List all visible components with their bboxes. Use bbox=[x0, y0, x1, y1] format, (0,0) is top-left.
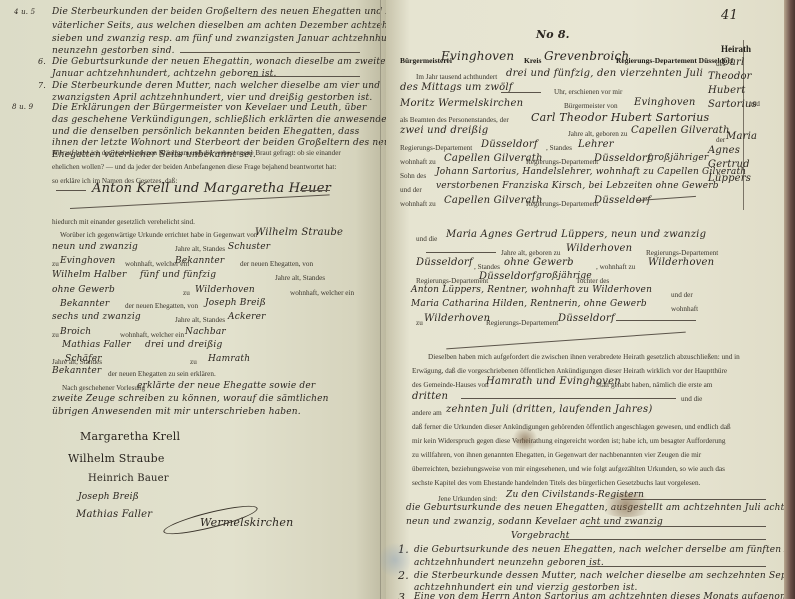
printed-wohnhaft: wohnhaft zu bbox=[400, 200, 436, 208]
entry-text: väterlicher Seits, aus welchen dieselben… bbox=[52, 21, 386, 31]
witness-4-name: Mathias Faller bbox=[62, 340, 131, 350]
printed-label: der neuen Ehegatten, von bbox=[125, 302, 198, 310]
witness-1-name: Wilhelm Straube bbox=[255, 227, 343, 238]
folio-number: 41 bbox=[721, 8, 738, 23]
printed-dept: Regierungs-Departement bbox=[646, 249, 718, 257]
printed-geboren: Jahre alt, geboren zu bbox=[501, 249, 560, 257]
printed-year: Im Jahr tausend achthundert bbox=[416, 73, 497, 81]
document-item-text: die Sterbeurkunde dessen Mutter, nach we… bbox=[414, 571, 784, 581]
kreis-label: Kreis bbox=[524, 56, 541, 65]
printed-zu: zu bbox=[52, 331, 59, 339]
witness-3-relation: Nachbar bbox=[185, 327, 226, 337]
margin-title: Heirath bbox=[721, 44, 751, 54]
binding-edge bbox=[784, 0, 795, 599]
document-item-text: die Geburtsurkunde des neuen Ehegatten, … bbox=[414, 545, 784, 555]
printed-label: Jahre alt, Standes bbox=[175, 245, 225, 253]
printed-label: der neuen Ehegatten zu sein erklären. bbox=[108, 370, 216, 378]
rule-line bbox=[501, 92, 541, 93]
year-words: drei und fünfzig, den vierzehnten Juli bbox=[506, 68, 703, 79]
printed-zu: zu bbox=[52, 260, 59, 268]
printed-dept: Regierungs-Departement bbox=[486, 319, 558, 327]
printed-standes: , Standes bbox=[474, 263, 500, 271]
printed-und-die: und die bbox=[416, 235, 437, 243]
signature: Wilhelm Straube bbox=[68, 452, 165, 465]
printed-zu: zu bbox=[416, 319, 423, 327]
documents-line: die Geburtsurkunde des neuen Ehegatten, … bbox=[406, 503, 784, 513]
proclamation-line: daß ferner die Urkunden dieser Ankündigu… bbox=[412, 423, 731, 431]
rule-line bbox=[561, 539, 766, 540]
entry-text: Die Geburtsurkunde der neuen Ehegattin, … bbox=[52, 57, 386, 67]
rule-line bbox=[461, 398, 676, 399]
strike-line bbox=[70, 194, 330, 209]
witness-2-age: fünf und fünfzig bbox=[140, 270, 216, 280]
place: Evinghoven bbox=[634, 97, 695, 108]
witness-2-relation: Bekannter bbox=[60, 299, 109, 309]
document-item-number: 3. bbox=[398, 591, 409, 599]
bride-dept: Düsseldorf bbox=[416, 257, 473, 268]
printed-uhr: Uhr, erschienen vor mir bbox=[554, 88, 622, 96]
witness-4-age: drei und dreißig bbox=[145, 340, 222, 350]
printed-dept: Regierungs-Departement bbox=[526, 200, 598, 208]
signature: Margaretha Krell bbox=[80, 430, 180, 443]
witness-3-residence: Broich bbox=[60, 327, 91, 337]
printed-dept: Regierungs-Departement bbox=[416, 277, 488, 285]
buergermeisterei-value: Evinghoven bbox=[441, 49, 514, 63]
witness-1-age: neun und zwanzig bbox=[52, 242, 138, 252]
signature: Mathias Faller bbox=[76, 509, 152, 520]
witness-1-residence: Evinghoven bbox=[60, 256, 116, 266]
groom-age: zwei und dreißig bbox=[400, 125, 488, 136]
bride-parents-dept: Düsseldorf bbox=[558, 313, 615, 324]
rule-line bbox=[250, 76, 360, 77]
printed-sohn: Sohn des bbox=[400, 172, 426, 180]
documents-label: Jene Urkunden sind: bbox=[438, 495, 497, 503]
ink-stain bbox=[511, 428, 539, 450]
entry-text: und die denselben persönlich bekannten b… bbox=[52, 127, 359, 137]
printed-und-der: und der bbox=[400, 186, 422, 194]
witness-4-residence: Hamrath bbox=[208, 354, 250, 364]
register-spread: 4 u. 5 Die Sterbeurkunden der beiden Gro… bbox=[0, 0, 795, 599]
bride-mother: Maria Catharina Hilden, Rentnerin, ohne … bbox=[411, 299, 647, 309]
first-proclamation-date: dritten bbox=[412, 391, 448, 402]
printed-wohnhaft: , wohnhaft zu bbox=[596, 263, 635, 271]
bride-residence-dept: Düsseldorf bbox=[479, 271, 536, 282]
printed-dept: Regierungs-Departement bbox=[526, 158, 598, 166]
proclamation-line: überreichten, beziehungsweise von mir ei… bbox=[412, 465, 725, 473]
rule-line bbox=[586, 566, 766, 567]
witness-4-relation: Bekannter bbox=[52, 366, 101, 376]
entry-text: Die Sterbeurkunden der beiden Großeltern… bbox=[52, 7, 386, 17]
printed-andere-am: andere am bbox=[412, 409, 442, 417]
printed-zu: zu bbox=[190, 358, 197, 366]
printed-wohnhaft: wohnhaft zu bbox=[400, 158, 436, 166]
printed-geboren: Jahre alt, geboren zu bbox=[568, 130, 627, 138]
witness-1-relation: Bekannter bbox=[175, 256, 224, 266]
rule-line bbox=[56, 190, 86, 191]
witness-3-age: sechs und zwanzig bbox=[52, 312, 141, 322]
printed-label: der neuen Ehegatten, von bbox=[240, 260, 313, 268]
rule-line bbox=[426, 252, 496, 253]
proclamation-line: Dieselben haben mich aufgefordert die zw… bbox=[428, 353, 740, 361]
document-item-cont: achtzehnhundert neunzehn geboren ist. bbox=[414, 558, 604, 568]
printed-label: Jahre alt, Standes bbox=[175, 316, 225, 324]
entry-number-7: 7. bbox=[38, 81, 46, 90]
groom-mother: verstorbenen Franziska Kirsch, bei Lebze… bbox=[436, 181, 719, 191]
bride-father: Anton Lüppers, Rentner, wohnhaft zu Wild… bbox=[411, 285, 652, 295]
entry-number-8-9: 8 u. 9 bbox=[12, 103, 33, 111]
reading-note: erklärte der neue Ehegatte sowie der zwe… bbox=[52, 380, 342, 419]
groom-occupation: Lehrer bbox=[578, 139, 614, 150]
printed-standes: , Standes bbox=[546, 144, 572, 152]
rule-line bbox=[300, 190, 330, 191]
margin-groom: Carl Theodor Hubert Sartorius bbox=[708, 56, 778, 112]
official-name: Moritz Wermelskirchen bbox=[400, 98, 523, 109]
witness-2-residence: Wilderhoven bbox=[195, 285, 255, 295]
right-page: 41 No 8. Bürgermeisterei Evinghoven Krei… bbox=[386, 0, 784, 599]
rule-line bbox=[586, 526, 766, 527]
groom-residence-dept: Düsseldorf bbox=[594, 153, 651, 164]
proclamation-line: zu willfahren, von ihnen genannten Ehega… bbox=[412, 451, 701, 459]
margin-and: und bbox=[749, 100, 760, 108]
second-proclamation-date: zehnten Juli (dritten, laufenden Jahres) bbox=[446, 404, 652, 415]
bride-occupation: ohne Gewerb bbox=[504, 257, 574, 268]
printed-wohnhaft: wohnhaft bbox=[671, 305, 698, 313]
printed-und-die: und die bbox=[681, 395, 702, 403]
bride-parents-residence: Wilderhoven bbox=[424, 313, 490, 324]
witness-intro: Worüber ich gegenwärtige Urkunde erricht… bbox=[60, 231, 257, 239]
witness-1-occupation: Schuster bbox=[228, 242, 270, 252]
printed-label: wohnhaft, welcher ein bbox=[120, 331, 184, 339]
proclamation-line: des Gemeinde-Hauses von bbox=[412, 381, 489, 389]
printed-label: Jahre alt, Standes bbox=[275, 274, 325, 282]
entry-number-6: 6. bbox=[38, 57, 46, 66]
bride-birthplace: Wilderhoven bbox=[566, 243, 632, 254]
document-item-text: Eine von dem Herrn Anton Sartorius am ac… bbox=[414, 592, 784, 599]
water-stain bbox=[380, 540, 410, 580]
entry-text: Die Sterbeurkunde deren Mutter, nach wel… bbox=[52, 81, 380, 91]
printed-beamter: als Beamten des Personenstandes, der bbox=[400, 116, 509, 124]
entry-text: zwanzigsten April achtzehnhundert, vier … bbox=[52, 93, 372, 103]
printed-dept: Regierungs-Departement bbox=[400, 144, 472, 152]
printed-united: hiedurch mit einander gesetzlich verehel… bbox=[52, 218, 195, 226]
ink-stain bbox=[596, 493, 656, 517]
witness-4-occupation: Schäfer bbox=[65, 354, 102, 364]
printed-und-der: und der bbox=[671, 291, 693, 299]
rule-line bbox=[180, 52, 360, 53]
entry-text: neunzehn gestorben sind. bbox=[52, 46, 175, 56]
left-page: 4 u. 5 Die Sterbeurkunden der beiden Gro… bbox=[0, 0, 386, 599]
bride-residence: Wilderhoven bbox=[648, 257, 714, 268]
groom-birthplace: Capellen Gilverath bbox=[631, 125, 730, 136]
couple-names: Anton Krell und Margaretha Heuer bbox=[92, 181, 331, 196]
margin-bride: Maria Agnes Gertrud Lüppers bbox=[708, 130, 778, 186]
printed-tochter: Tochter des bbox=[576, 277, 609, 285]
groom-father: Johann Sartorius, Handelslehrer, wohnhaf… bbox=[436, 167, 746, 177]
proclamation-line: mir kein Widerspruch gegen diese Verheir… bbox=[412, 437, 725, 445]
bride-name-age: Maria Agnes Gertrud Lüppers, neun und zw… bbox=[446, 229, 706, 240]
entry-text: das geschehene Verkündigungen, schließli… bbox=[52, 115, 386, 125]
groom-dept: Düsseldorf bbox=[481, 139, 538, 150]
groom-full-name: Carl Theodor Hubert Sartorius bbox=[531, 111, 709, 124]
witness-2-name-age: Wilhelm Halber bbox=[52, 270, 127, 280]
signature: Heinrich Bauer bbox=[88, 473, 169, 484]
proclamation-line: Erwägung, daß die vorgeschriebenen öffen… bbox=[412, 367, 727, 375]
strike-line bbox=[446, 332, 685, 350]
entry-number-4-5: 4 u. 5 bbox=[14, 8, 35, 16]
entry-number: No 8. bbox=[536, 28, 570, 41]
entry-text: sieben und zwanzig resp. am fünf und zwa… bbox=[52, 34, 386, 44]
proclamation-line: sechste Kapitel des vom Ehestande handel… bbox=[412, 479, 700, 487]
entry-text: Die Erklärungen der Bürgermeister von Ke… bbox=[52, 103, 366, 113]
witness-3-name: Joseph Breiß bbox=[205, 298, 266, 308]
entry-text: Januar achtzehnhundert, achtzehn geboren… bbox=[52, 69, 277, 79]
printed-buergermeister: Bürgermeister von bbox=[564, 102, 618, 110]
proclamation-line: Statt gehabt haben, nämlich die erste am bbox=[596, 381, 712, 389]
groom-majority: großjähriger bbox=[648, 153, 708, 163]
gutter bbox=[380, 0, 381, 599]
printed-zu: zu bbox=[183, 289, 190, 297]
printed-label: wohnhaft, welcher ein bbox=[290, 289, 354, 297]
witness-2-occupation: ohne Gewerb bbox=[52, 285, 115, 295]
rule-line bbox=[616, 320, 696, 321]
witness-3-occupation: Ackerer bbox=[228, 312, 266, 322]
signature: Joseph Breiß bbox=[78, 492, 139, 502]
time-words: des Mittags um zwölf bbox=[400, 82, 513, 93]
